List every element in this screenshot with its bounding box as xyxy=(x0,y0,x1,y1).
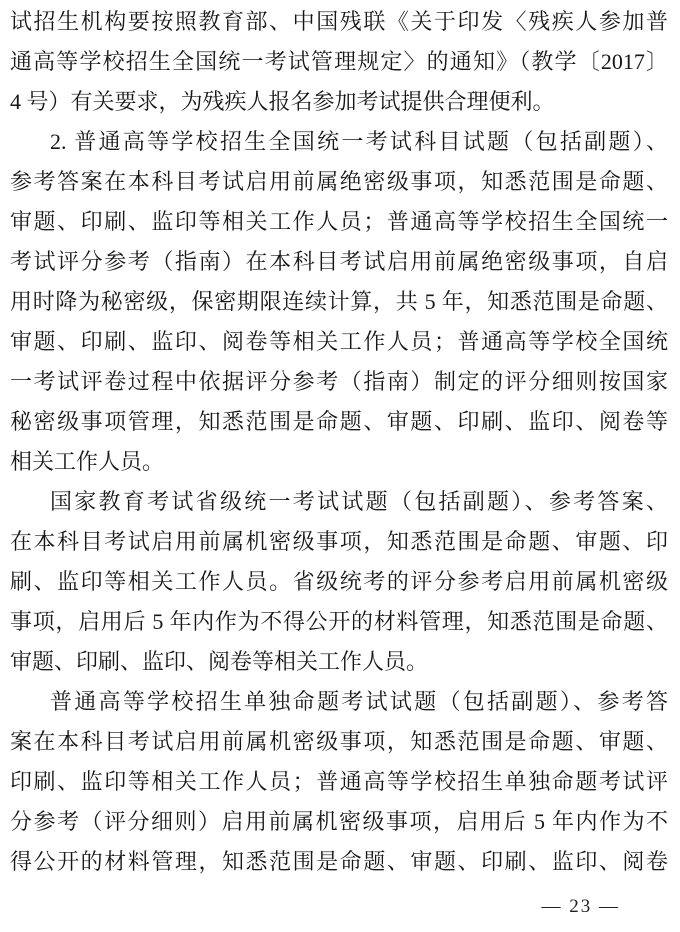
text-line: 事项，启用后 5 年内作为不得公开的材料管理，知悉范围是命题、 xyxy=(10,602,668,642)
text-line: 试招生机构要按照教育部、中国残联《关于印发〈残疾人参加普 xyxy=(10,2,668,42)
text-line: 2. 普通高等学校招生全国统一考试科目试题（包括副题）、 xyxy=(10,122,668,162)
text-line: 在本科目考试启用前属机密级事项，知悉范围是命题、审题、印 xyxy=(10,522,668,562)
text-line: 考试评分参考（指南）在本科目考试启用前属绝密级事项，自启 xyxy=(10,242,668,282)
text-line: 审题、印刷、监印等相关工作人员；普通高等学校招生全国统一 xyxy=(10,202,668,242)
text-line: 参考答案在本科目考试启用前属绝密级事项，知悉范围是命题、 xyxy=(10,162,668,202)
page-number: — 23 — xyxy=(10,896,668,918)
text-line: 案在本科目考试启用前属机密级事项，知悉范围是命题、审题、 xyxy=(10,722,668,762)
text-line: 刷、监印等相关工作人员。省级统考的评分参考启用前属机密级 xyxy=(10,562,668,602)
document-body: 试招生机构要按照教育部、中国残联《关于印发〈残疾人参加普 通高等学校招生全国统一… xyxy=(10,2,668,882)
text-line: 4 号）有关要求，为残疾人报名参加考试提供合理便利。 xyxy=(10,82,668,122)
text-line: 印刷、监印等相关工作人员；普通高等学校招生单独命题考试评 xyxy=(10,762,668,802)
text-line: 分参考（评分细则）启用前属机密级事项，启用后 5 年内作为不 xyxy=(10,802,668,842)
text-line: 一考试评卷过程中依据评分参考（指南）制定的评分细则按国家 xyxy=(10,362,668,402)
text-line: 通高等学校招生全国统一考试管理规定〉的通知》（教学〔2017〕 xyxy=(10,42,668,82)
text-line: 审题、印刷、监印、阅卷等相关工作人员；普通高等学校全国统 xyxy=(10,322,668,362)
document-page: 试招生机构要按照教育部、中国残联《关于印发〈残疾人参加普 通高等学校招生全国统一… xyxy=(0,0,680,932)
text-line: 相关工作人员。 xyxy=(10,442,668,482)
text-line: 国家教育考试省级统一考试试题（包括副题）、参考答案、 xyxy=(10,482,668,522)
text-line: 普通高等学校招生单独命题考试试题（包括副题）、参考答 xyxy=(10,682,668,722)
text-line: 用时降为秘密级，保密期限连续计算，共 5 年，知悉范围是命题、 xyxy=(10,282,668,322)
text-line: 审题、印刷、监印、阅卷等相关工作人员。 xyxy=(10,642,668,682)
text-line: 得公开的材料管理，知悉范围是命题、审题、印刷、监印、阅卷 xyxy=(10,842,668,882)
text-line: 秘密级事项管理，知悉范围是命题、审题、印刷、监印、阅卷等 xyxy=(10,402,668,442)
